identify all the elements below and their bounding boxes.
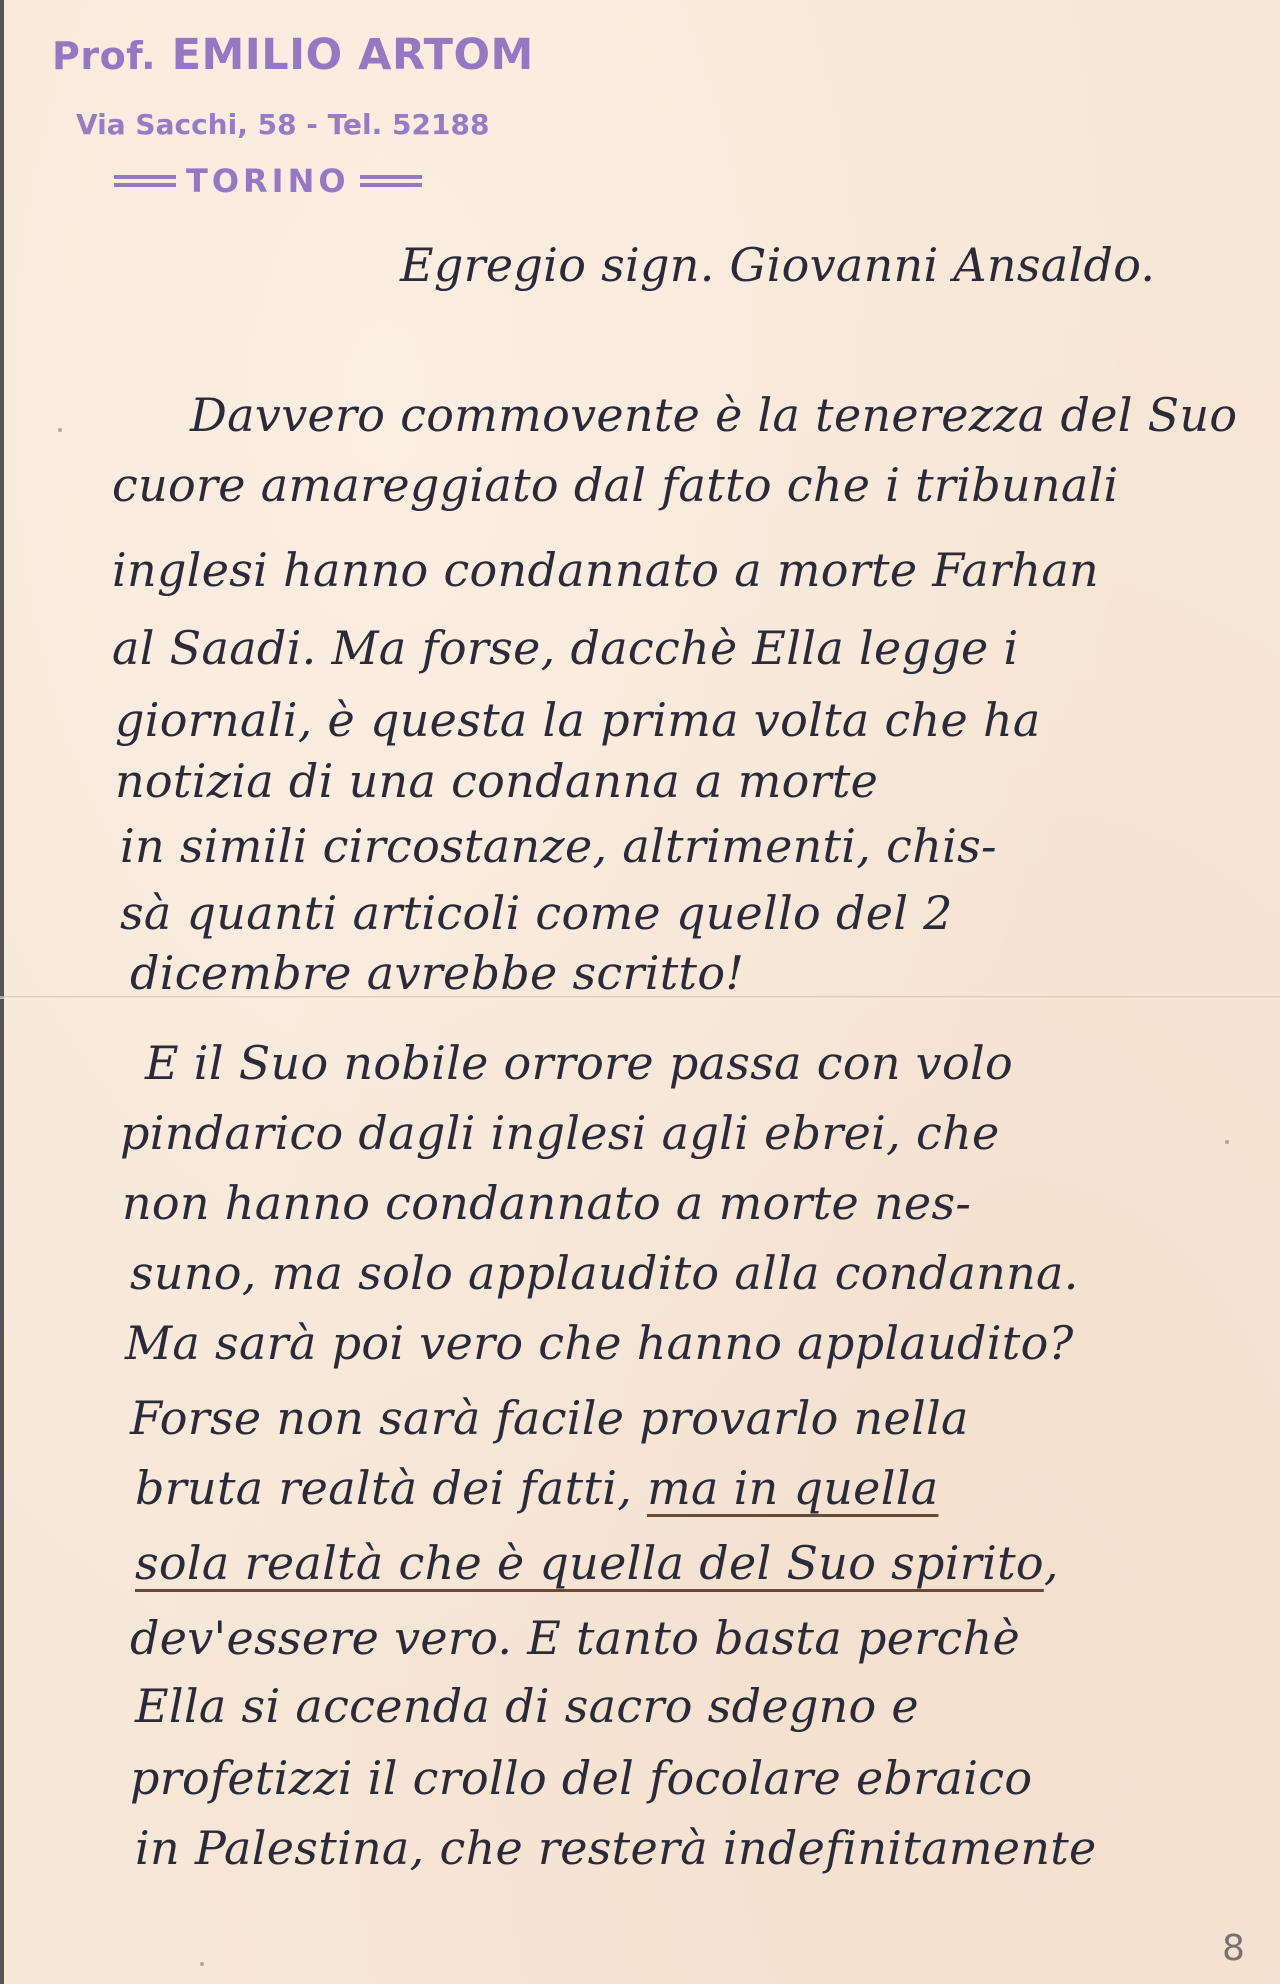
letterhead-city: TORINO (186, 162, 350, 200)
paper-speck (1225, 1140, 1229, 1144)
letter-line: profetizzi il crollo del focolare ebraic… (130, 1755, 1032, 1801)
page-edge-shadow (0, 0, 4, 1984)
letter-line: bruta realtà dei fatti, ma in quella (135, 1465, 938, 1511)
letter-text: , (1044, 1536, 1059, 1590)
letterhead-stamp: Prof. EMILIO ARTOM Via Sacchi, 58 - Tel.… (52, 30, 534, 80)
letterhead-city-row: TORINO (114, 162, 422, 200)
paper-speck (58, 428, 62, 432)
letter-line: cuore amareggiato dal fatto che i tribun… (112, 462, 1119, 508)
letterhead-person: EMILIO ARTOM (172, 30, 534, 80)
letterhead-name: Prof. EMILIO ARTOM (52, 30, 534, 80)
paper-speck (200, 1962, 204, 1966)
letter-line: Ella si accenda di sacro sdegno e (135, 1683, 919, 1729)
letter-line: dev'essere vero. E tanto basta perchè (130, 1615, 1020, 1661)
underlined-text: sola realtà che è quella del Suo spirito (135, 1536, 1044, 1590)
double-rule-right (360, 175, 422, 187)
letter-text: bruta realtà dei fatti, (135, 1461, 632, 1515)
letter-line: inglesi hanno condannato a morte Farhan (112, 547, 1099, 593)
letterhead-title: Prof. (52, 34, 156, 78)
letter-line: Davvero commovente è la tenerezza del Su… (190, 392, 1237, 438)
letter-line: sà quanti articoli come quello del 2 (120, 890, 953, 936)
letter-line: Forse non sarà facile provarlo nella (130, 1395, 969, 1441)
page-number: 8 (1222, 1928, 1245, 1969)
salutation: Egregio sign. Giovanni Ansaldo. (400, 242, 1155, 288)
letter-line: notizia di una condanna a morte (115, 758, 878, 804)
double-rule-left (114, 175, 176, 187)
letter-line: al Saadi. Ma forse, dacchè Ella legge i (112, 625, 1018, 671)
letter-line: dicembre avrebbe scritto! (130, 950, 744, 996)
letter-line: E il Suo nobile orrore passa con volo (145, 1040, 1013, 1086)
letter-line: pindarico dagli inglesi agli ebrei, che (120, 1110, 1000, 1156)
letter-line: non hanno condannato a morte nes- (122, 1180, 971, 1226)
letter-line: giornali, è questa la prima volta che ha (115, 697, 1041, 743)
underlined-text: ma in quella (647, 1461, 938, 1515)
letter-line: in simili circostanze, altrimenti, chis- (120, 823, 997, 869)
letter-line: in Palestina, che resterà indefinitament… (135, 1825, 1097, 1871)
letterhead-address: Via Sacchi, 58 - Tel. 52188 (76, 108, 489, 141)
letter-line: sola realtà che è quella del Suo spirito… (135, 1540, 1059, 1586)
letter-line: Ma sarà poi vero che hanno applaudito? (125, 1320, 1074, 1366)
letter-line: suno, ma solo applaudito alla condanna. (130, 1250, 1079, 1296)
